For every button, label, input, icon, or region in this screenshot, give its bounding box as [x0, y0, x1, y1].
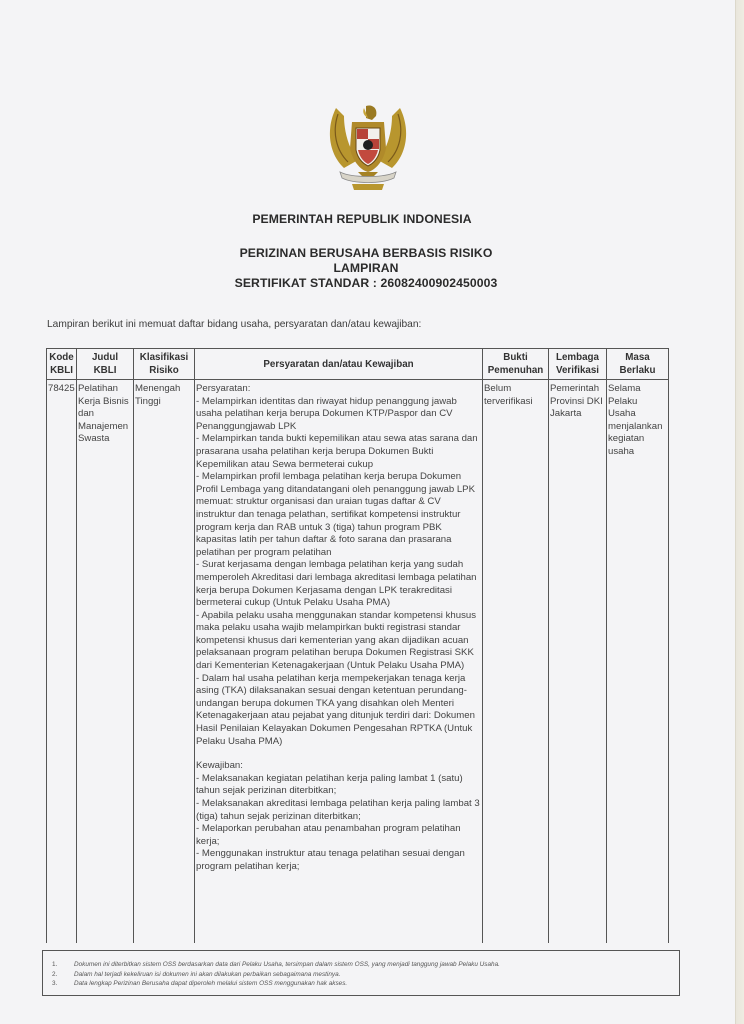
cell-masa-berlaku: Selama Pelaku Usaha menjalankan kegiatan… — [607, 380, 669, 944]
persyaratan-item: - Melampirkan tanda bukti kepemilikan at… — [196, 433, 481, 471]
cell-persyaratan: Persyaratan: - Melampirkan identitas dan… — [195, 380, 483, 944]
intro-text: Lampiran berikut ini memuat daftar bidan… — [47, 319, 421, 330]
persyaratan-label: Persyaratan: — [196, 383, 481, 396]
certificate-number: SERTIFIKAT STANDAR : 26082400902450003 — [0, 276, 738, 290]
header-persyaratan: Persyaratan dan/atau Kewajiban — [195, 349, 483, 380]
footnote-text: Data lengkap Perizinan Berusaha dapat di… — [74, 979, 347, 989]
kewajiban-item: - Menggunakan instruktur atau tenaga pel… — [196, 848, 481, 873]
persyaratan-item: - Dalam hal usaha pelatihan kerja mempek… — [196, 673, 481, 749]
permit-table: KodeKBLI JudulKBLI KlasifikasiRisiko Per… — [46, 348, 669, 943]
footnote: 2. Dalam hal terjadi kekeliruan isi doku… — [43, 970, 679, 980]
government-title: PEMERINTAH REPUBLIK INDONESIA — [0, 212, 734, 226]
cell-lembaga-verifikasi: Pemerintah Provinsi DKI Jakarta — [549, 380, 607, 944]
section-title: LAMPIRAN — [0, 261, 738, 275]
cell-kode-kbli: 78425 — [47, 380, 77, 944]
persyaratan-item: - Melampirkan profil lembaga pelatihan k… — [196, 471, 481, 559]
garuda-emblem-icon — [322, 98, 414, 194]
persyaratan-item: - Melampirkan identitas dan riwayat hidu… — [196, 396, 481, 434]
persyaratan-item: - Apabila pelaku usaha menggunakan stand… — [196, 610, 481, 673]
persyaratan-item: - Surat kerjasama dengan lembaga pelatih… — [196, 559, 481, 609]
footnotes-box: 1. Dokumen ini diterbitkan sistem OSS be… — [42, 950, 680, 996]
cell-klasifikasi-risiko: Menengah Tinggi — [134, 380, 195, 944]
cell-judul-kbli: Pelatihan Kerja Bisnis dan Manajemen Swa… — [77, 380, 134, 944]
footnote: 1. Dokumen ini diterbitkan sistem OSS be… — [43, 960, 679, 970]
footnote: 3. Data lengkap Perizinan Berusaha dapat… — [43, 979, 679, 989]
header-judul-kbli: JudulKBLI — [77, 349, 134, 380]
cell-bukti-pemenuhan: Belum terverifikasi — [483, 380, 549, 944]
kewajiban-item: - Melaporkan perubahan atau penambahan p… — [196, 823, 481, 848]
header-klasifikasi-risiko: KlasifikasiRisiko — [134, 349, 195, 380]
table-header-row: KodeKBLI JudulKBLI KlasifikasiRisiko Per… — [47, 349, 669, 380]
header-kode-kbli: KodeKBLI — [47, 349, 77, 380]
kewajiban-label: Kewajiban: — [196, 760, 481, 773]
header-masa-berlaku: MasaBerlaku — [607, 349, 669, 380]
kewajiban-item: - Melaksanakan akreditasi lembaga pelati… — [196, 798, 481, 823]
header-bukti-pemenuhan: BuktiPemenuhan — [483, 349, 549, 380]
header-lembaga-verifikasi: LembagaVerifikasi — [549, 349, 607, 380]
permit-type-title: PERIZINAN BERUSAHA BERBASIS RISIKO — [0, 246, 738, 260]
footnote-text: Dokumen ini diterbitkan sistem OSS berda… — [74, 960, 500, 970]
kewajiban-item: - Melaksanakan kegiatan pelatihan kerja … — [196, 773, 481, 798]
paper-edge — [735, 0, 744, 1024]
table-row: 78425 Pelatihan Kerja Bisnis dan Manajem… — [47, 380, 669, 944]
footnote-text: Dalam hal terjadi kekeliruan isi dokumen… — [74, 970, 340, 980]
